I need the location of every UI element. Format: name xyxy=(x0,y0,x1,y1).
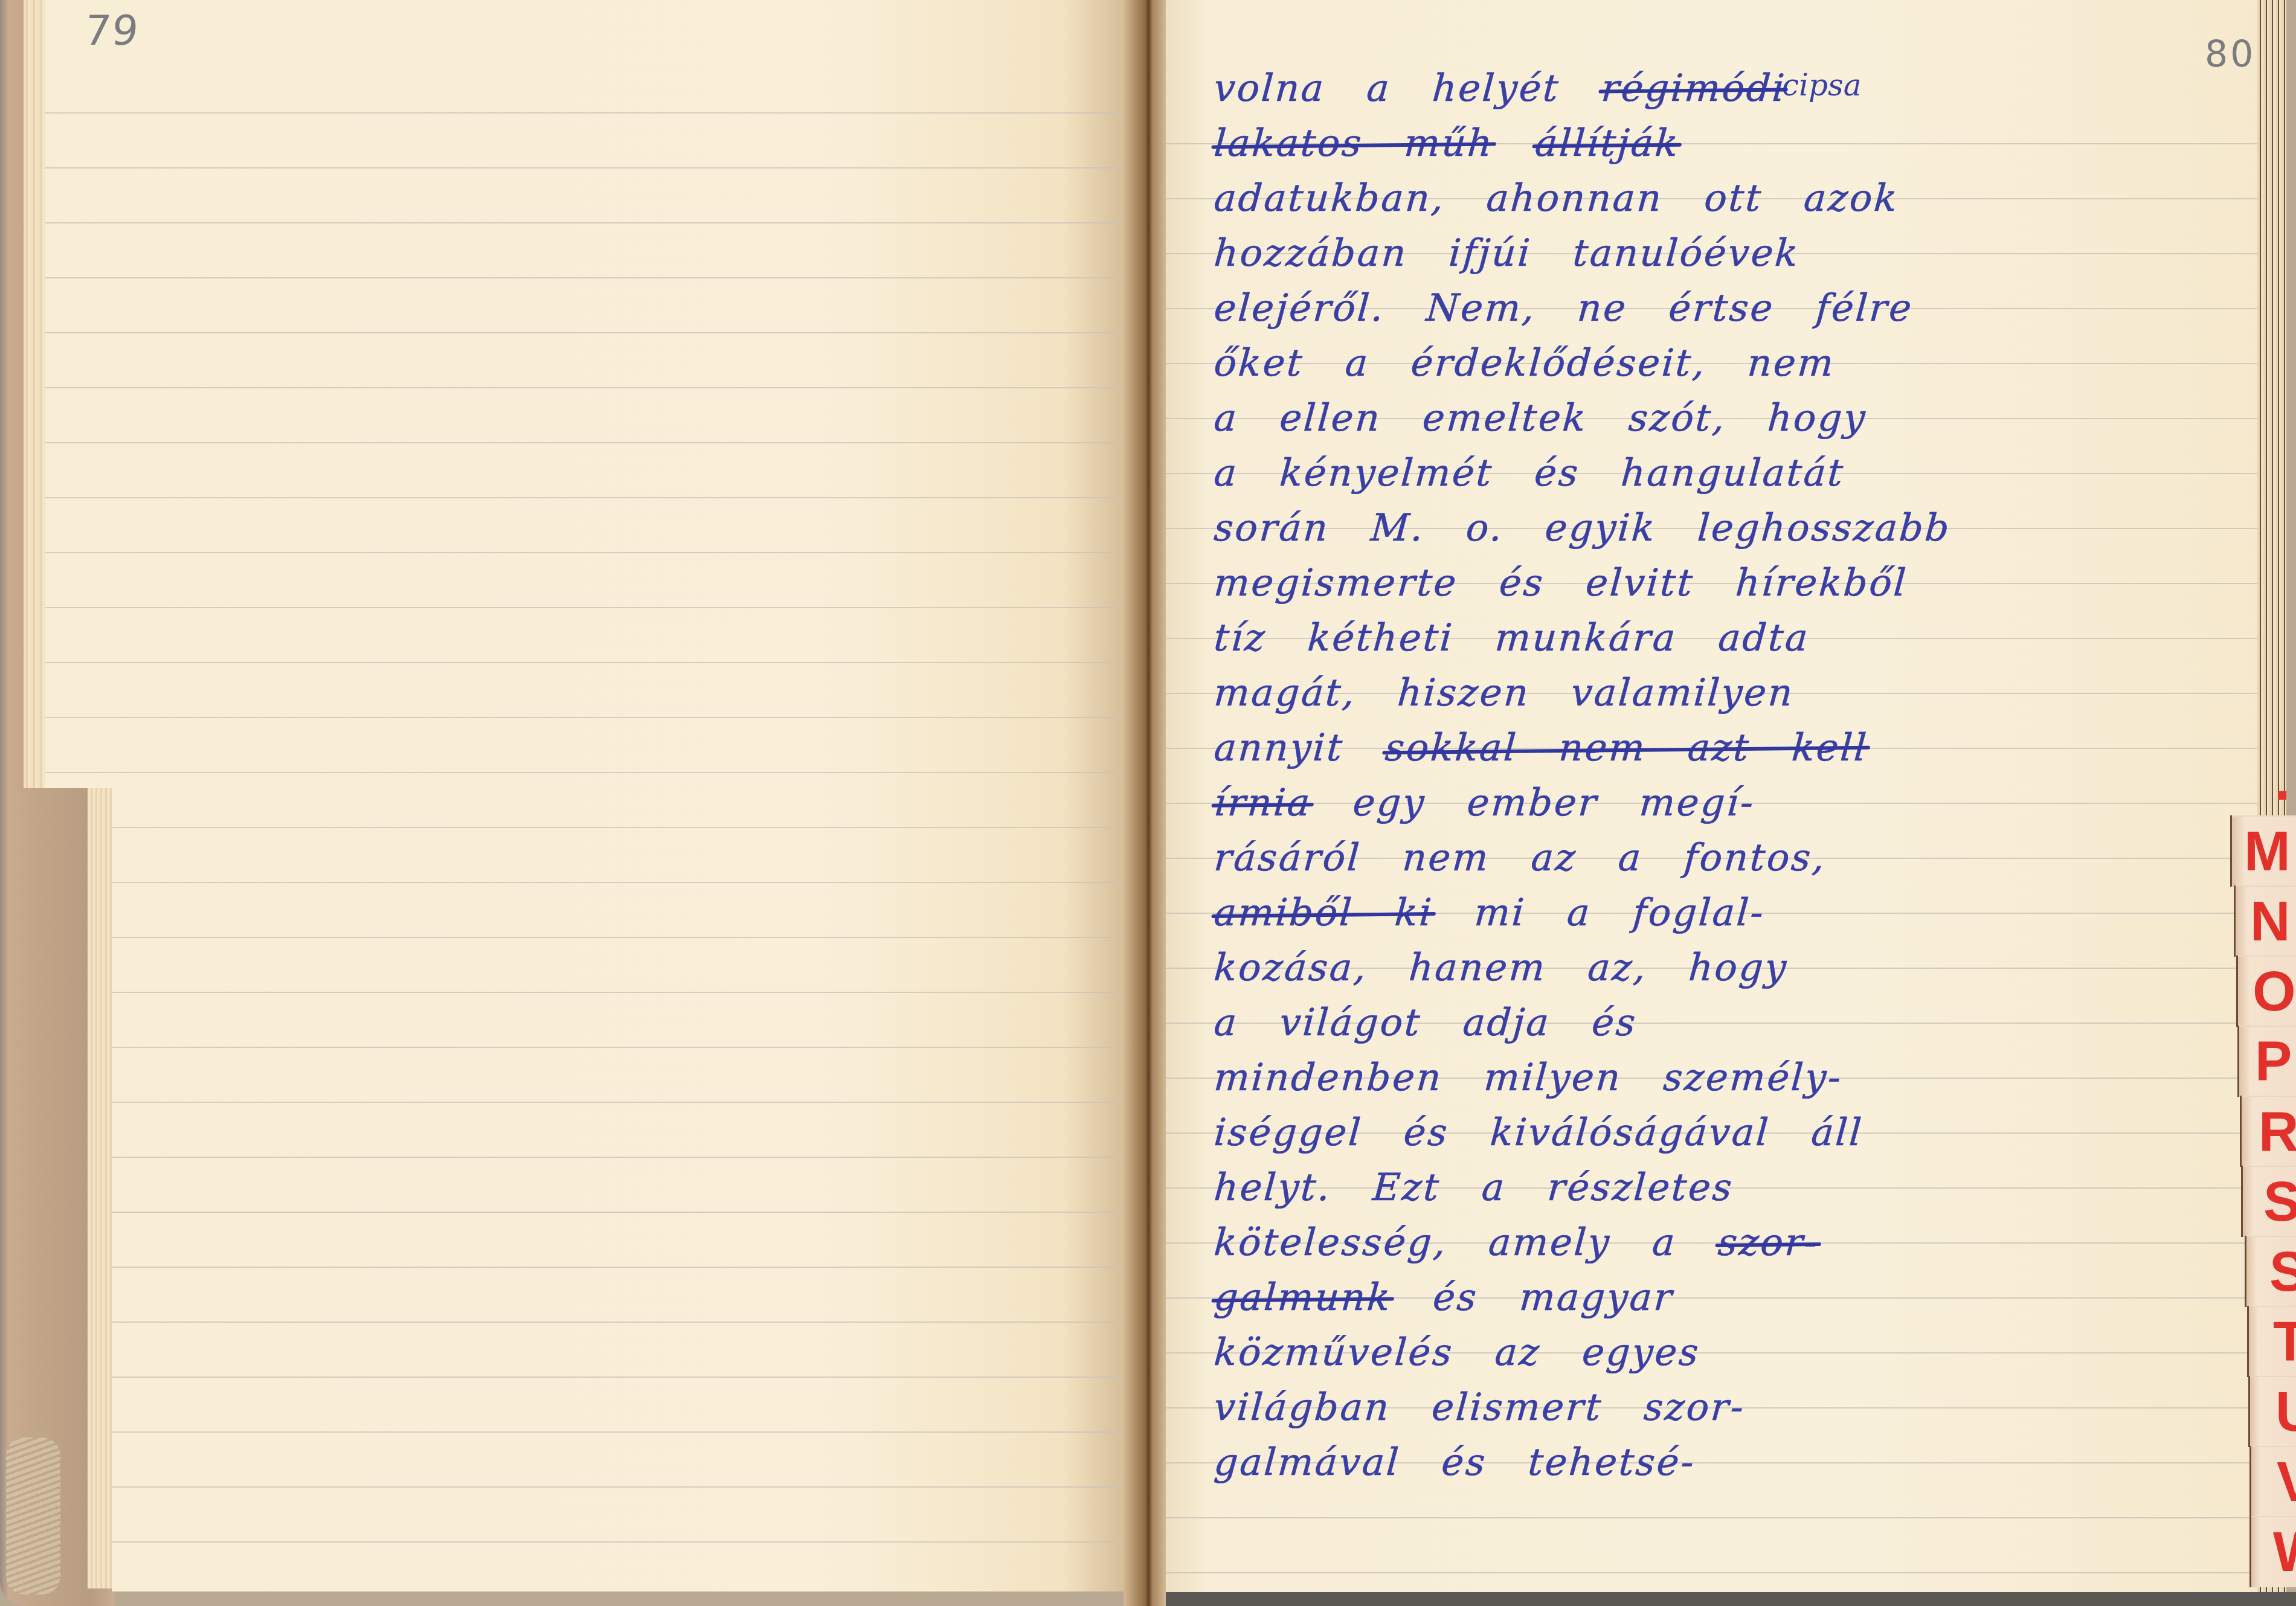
text-line: világban elismert szor- xyxy=(1212,1380,2207,1434)
text-line: során M. o. egyik leghosszabb xyxy=(1212,500,2207,555)
text-line: volna a helyét régimódi xyxy=(1212,60,2207,115)
text-line: lakatos műh állítják xyxy=(1212,115,2207,170)
index-tab-o[interactable]: O xyxy=(2238,956,2296,1027)
index-tab-m[interactable]: M xyxy=(2232,815,2296,887)
text-line: őket a érdeklődéseit, nem xyxy=(1212,335,2207,390)
text-line: elejéről. Nem, ne értse félre xyxy=(1212,280,2207,335)
struck-text: galmunk xyxy=(1212,1270,1394,1325)
page-number-right: 80 xyxy=(2205,33,2256,75)
text-line: magát, hiszen valamilyen xyxy=(1212,665,2207,720)
left-page xyxy=(45,0,1151,1592)
struck-text: írnia xyxy=(1212,775,1314,830)
text-line: a ellen emeltek szót, hogy xyxy=(1212,390,2207,445)
notebook-spread: 79 80 cipsa volna a helyét régimódi laka… xyxy=(0,0,2296,1606)
text-line: megismerte és elvitt hírekből xyxy=(1212,555,2207,610)
struck-text: régimódi xyxy=(1600,60,1788,115)
index-tab-s[interactable]: S xyxy=(2243,1166,2296,1237)
index-tab-s2[interactable]: S xyxy=(2246,1236,2296,1307)
handwritten-text: volna a helyét régimódi lakatos műh állí… xyxy=(1214,60,2205,1489)
text-line: adatukban, ahonnan ott azok xyxy=(1212,170,2207,225)
text-line: tíz kétheti munkára adta xyxy=(1212,610,2207,665)
index-tab-p[interactable]: P xyxy=(2239,1026,2296,1097)
text-line: rásáról nem az a fontos, xyxy=(1212,830,2207,885)
alphabet-index-tabs: M N O P R S S T U V W xyxy=(2226,791,2296,1606)
ruled-lines xyxy=(45,59,1151,1592)
text-line: a világot adja és xyxy=(1212,995,2207,1050)
text-line: mindenben milyen személy- xyxy=(1212,1050,2207,1105)
struck-text: sokkal nem azt kell xyxy=(1383,720,1870,775)
struck-text: amiből ki xyxy=(1212,885,1435,940)
text-line: helyt. Ezt a részletes xyxy=(1212,1160,2207,1215)
index-tab-n[interactable]: N xyxy=(2236,885,2296,957)
text-line: hozzában ifjúi tanulóévek xyxy=(1212,225,2207,280)
text-line: galmunk és magyar xyxy=(1212,1270,2207,1325)
text-line: galmával és tehetsé- xyxy=(1212,1434,2207,1489)
index-tab-r[interactable]: R xyxy=(2242,1096,2296,1167)
index-tab-t[interactable]: T xyxy=(2249,1306,2296,1377)
text-line: közművelés az egyes xyxy=(1212,1325,2207,1380)
struck-text: állítják xyxy=(1533,115,1681,170)
text-line: kozása, hanem az, hogy xyxy=(1212,940,2207,995)
page-stack-edge-lower xyxy=(88,785,115,1588)
text-line: amiből ki mi a foglal- xyxy=(1212,885,2207,940)
text-line: annyit sokkal nem azt kell xyxy=(1212,720,2207,775)
index-tab-u[interactable]: U xyxy=(2250,1376,2296,1447)
page-number-left: 79 xyxy=(82,7,142,55)
torn-cover-corner xyxy=(6,1437,60,1595)
index-tab-w[interactable]: W xyxy=(2251,1516,2296,1587)
index-tab-v[interactable]: V xyxy=(2251,1446,2296,1517)
scan-shadow xyxy=(1166,1592,2296,1606)
struck-text: lakatos műh xyxy=(1212,115,1496,170)
book-gutter xyxy=(1124,0,1172,1606)
text-line: kötelesség, amely a szor- xyxy=(1212,1215,2207,1270)
tab-stub xyxy=(2278,791,2286,800)
text-line: iséggel és kiválóságával áll xyxy=(1212,1105,2207,1160)
text-line: a kényelmét és hangulatát xyxy=(1212,445,2207,500)
text-line: írnia egy ember megí- xyxy=(1212,775,2207,830)
struck-text: szor- xyxy=(1716,1215,1821,1270)
